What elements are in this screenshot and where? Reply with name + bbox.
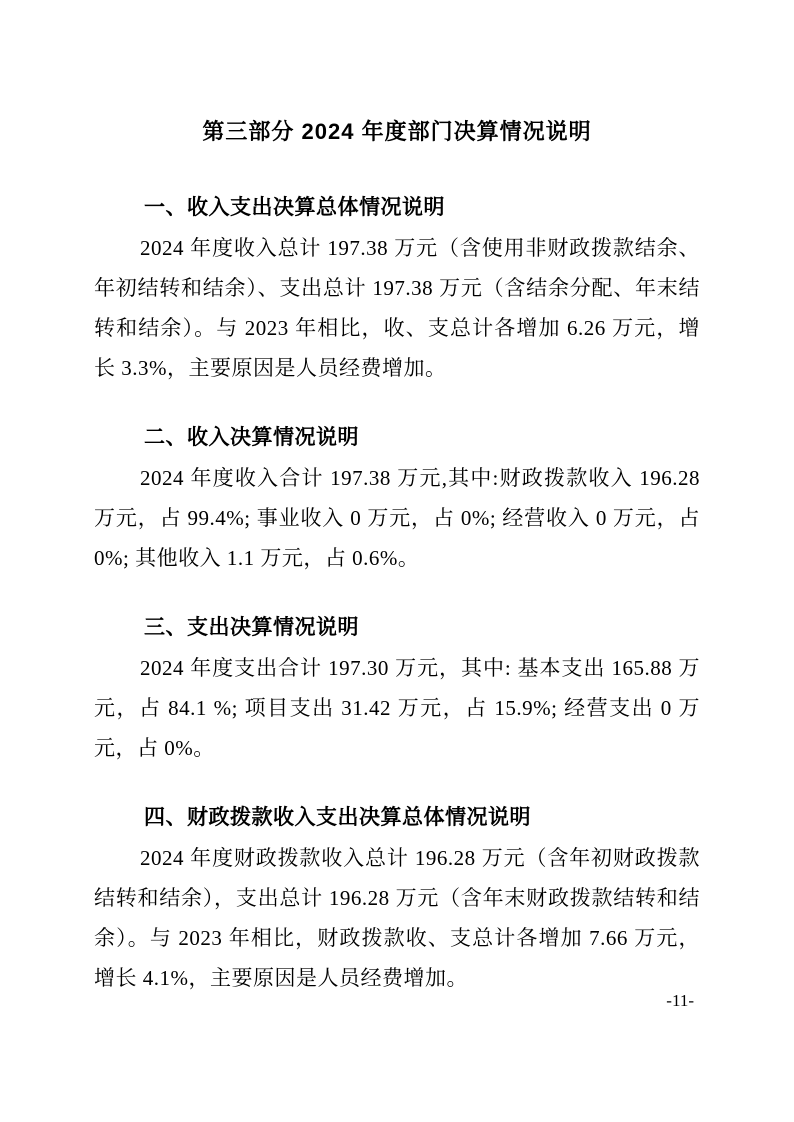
- document-page: 第三部分 2024 年度部门决算情况说明 一、收入支出决算总体情况说明 2024…: [0, 0, 794, 1122]
- document-title: 第三部分 2024 年度部门决算情况说明: [94, 112, 700, 152]
- section-body-1: 2024 年度收入总计 197.38 万元（含使用非财政拨款结余、年初结转和结余…: [94, 228, 700, 388]
- section-expenditure-details: 三、支出决算情况说明 2024 年度支出合计 197.30 万元，其中: 基本支…: [94, 608, 700, 768]
- section-fiscal-appropriation-overview: 四、财政拨款收入支出决算总体情况说明 2024 年度财政拨款收入总计 196.2…: [94, 798, 700, 998]
- section-heading-4: 四、财政拨款收入支出决算总体情况说明: [94, 798, 700, 838]
- section-body-4: 2024 年度财政拨款收入总计 196.28 万元（含年初财政拨款结转和结余），…: [94, 838, 700, 998]
- section-heading-1: 一、收入支出决算总体情况说明: [94, 188, 700, 228]
- section-body-3: 2024 年度支出合计 197.30 万元，其中: 基本支出 165.88 万元…: [94, 648, 700, 768]
- page-number: -11-: [666, 991, 694, 1011]
- section-income-expenditure-overview: 一、收入支出决算总体情况说明 2024 年度收入总计 197.38 万元（含使用…: [94, 188, 700, 388]
- section-income-details: 二、收入决算情况说明 2024 年度收入合计 197.38 万元,其中:财政拨款…: [94, 418, 700, 578]
- section-body-2: 2024 年度收入合计 197.38 万元,其中:财政拨款收入 196.28 万…: [94, 458, 700, 578]
- section-heading-3: 三、支出决算情况说明: [94, 608, 700, 648]
- section-heading-2: 二、收入决算情况说明: [94, 418, 700, 458]
